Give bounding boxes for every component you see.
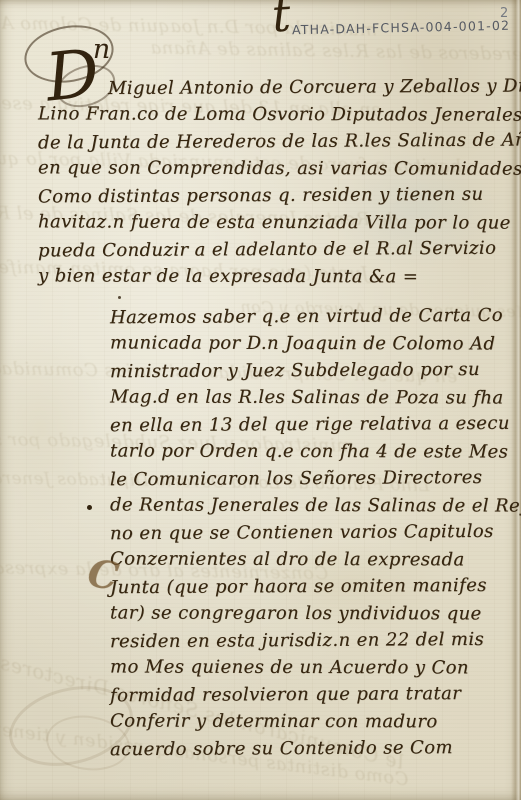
manuscript-line: mo Mes quienes de un Acuerdo y Con	[110, 653, 514, 681]
manuscript-line: tarlo por Orden q.e con fha 4 de este Me…	[110, 437, 514, 465]
manuscript-line: tar) se congregaron los yndividuos que	[110, 599, 514, 627]
paper-stain	[0, 330, 110, 530]
manuscript-line: en que son Comprendidas, asi varias Comu…	[38, 154, 518, 182]
manuscript-line: Conferir y determinar con maduro	[110, 707, 514, 735]
bleedthrough-text: de la Junta de Herederos de las R.les Sa…	[150, 37, 521, 67]
manuscript-line: Conzernientes al dro de la expresada	[110, 545, 514, 573]
manuscript-line: Como distintas personas q. residen y tie…	[38, 181, 518, 211]
manuscript-line: Junta (que por haora se omiten manifes	[110, 572, 514, 601]
manuscript-line: le Comunicaron los Señores Directores	[110, 464, 514, 493]
invocation-cross-mark: t	[270, 0, 292, 39]
manuscript-line: municada por D.n Joaquin de Colomo Ad	[110, 329, 514, 357]
manuscript-paragraph-2: Hazemos saber q.e en virtud de Carta Co …	[110, 303, 514, 762]
manuscript-line: pueda Conduzir a el adelanto de el R.al …	[38, 235, 518, 265]
manuscript-line: acuerdo sobre su Contenido se Com	[110, 734, 514, 763]
manuscript-line: residen en esta jurisdiz.n en 22 del mis	[110, 626, 514, 655]
manuscript-line: formidad resolvieron que para tratar	[110, 680, 514, 709]
manuscript-line: Miguel Antonio de Corcuera y Zeballos y …	[38, 73, 518, 103]
folio-page-number: 2	[500, 6, 508, 21]
ink-dot	[87, 505, 92, 510]
manuscript-line: ministrador y Juez Subdelegado por su	[110, 356, 514, 385]
archive-reference-stamp: ATHA-DAH-FCHSA-004-001-02	[292, 18, 510, 38]
manuscript-scan-page: municada por D.n Joaquin de Colomo Ad de…	[0, 0, 521, 800]
manuscript-line: de la Junta de Herederos de las R.les Sa…	[38, 127, 518, 157]
manuscript-line: Hazemos saber q.e en virtud de Carta Co	[110, 302, 514, 331]
manuscript-line: y bien estar de la expresada Junta &a =	[38, 262, 518, 290]
manuscript-paragraph-1: Miguel Antonio de Corcuera y Zeballos y …	[38, 74, 518, 290]
manuscript-line: no en que se Contienen varios Capitulos	[110, 518, 514, 547]
manuscript-line: Lino Fran.co de Loma Osvorio Diputados J…	[38, 100, 518, 128]
manuscript-line: havitaz.n fuera de esta enunziada Villa …	[38, 208, 518, 236]
manuscript-line: de Rentas Jenerales de las Salinas de el…	[110, 491, 514, 519]
manuscript-line: Mag.d en las R.les Salinas de Poza su fh…	[110, 383, 514, 411]
manuscript-line: en ella en 13 del que rige relativa a es…	[110, 410, 514, 439]
ink-dot	[118, 296, 121, 299]
